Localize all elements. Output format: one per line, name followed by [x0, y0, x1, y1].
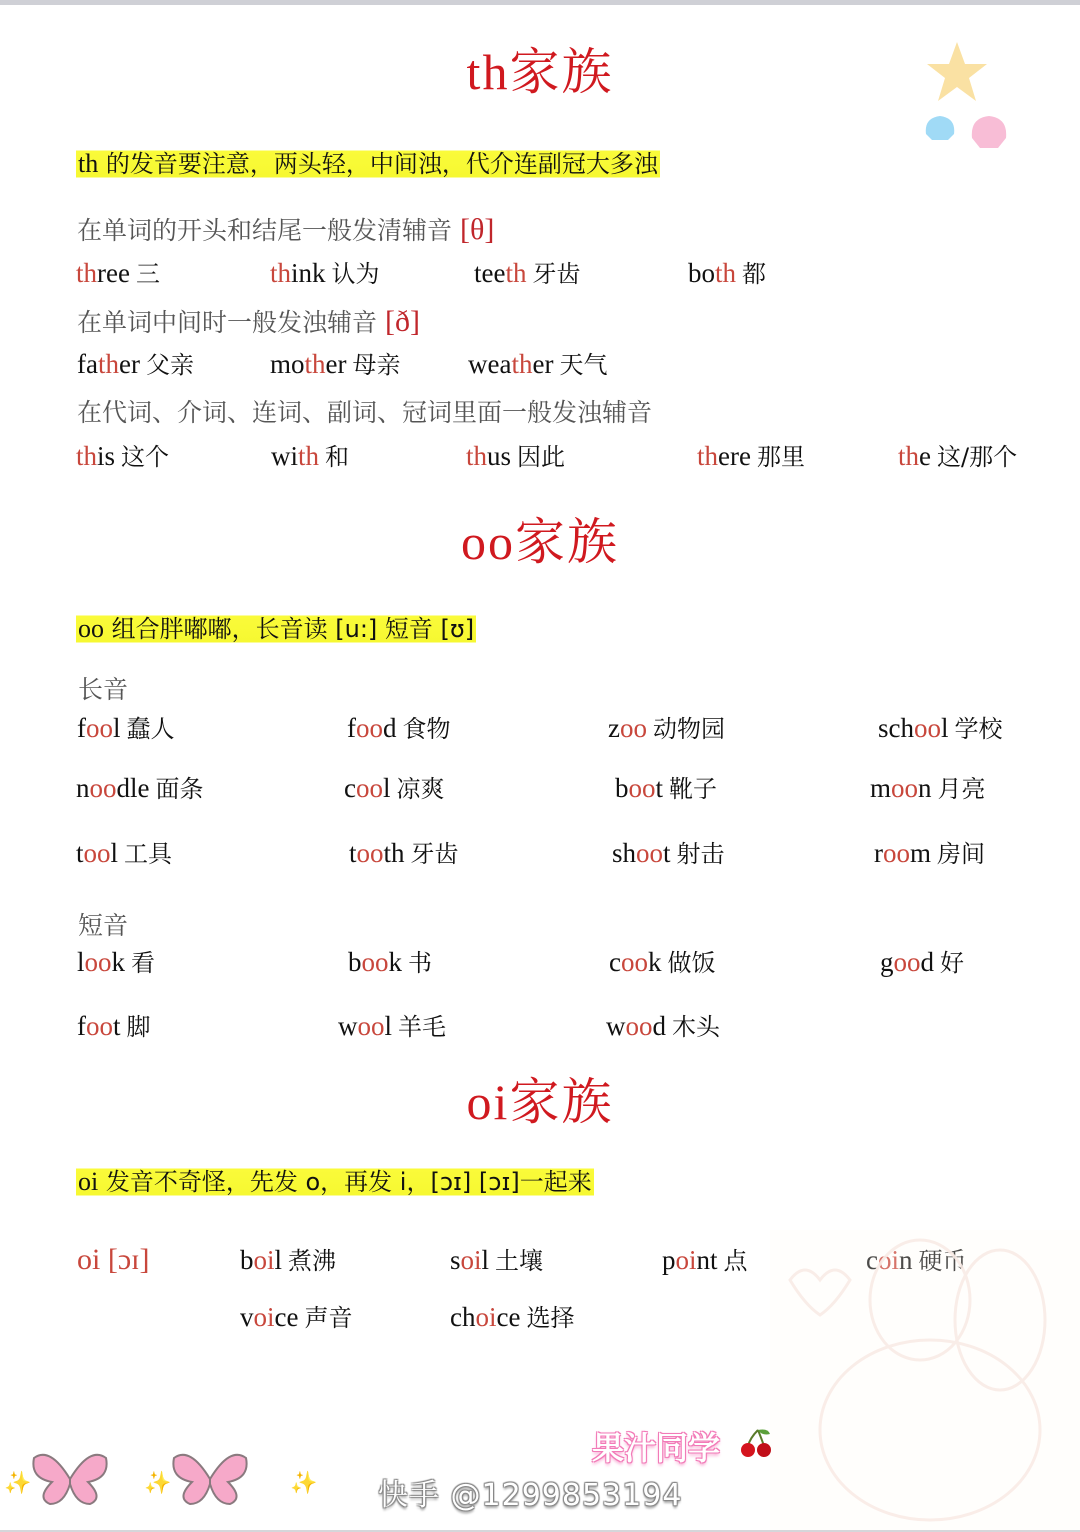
word-english: shoot: [612, 838, 671, 868]
word-english: both: [688, 258, 736, 288]
highlighted-letters: oo: [86, 713, 113, 743]
cherry-icon: [738, 1428, 774, 1458]
highlighted-letters: oo: [358, 1011, 385, 1041]
word-chinese: 木头: [672, 1013, 720, 1041]
word-english: zoo: [608, 713, 647, 743]
word-english: soil: [450, 1245, 489, 1275]
word-entry: food食物: [347, 711, 451, 746]
word-chinese: 三: [136, 260, 160, 288]
highlighted-letters: th: [697, 441, 718, 471]
word-english: thus: [466, 441, 511, 471]
word-entry: teeth牙齿: [474, 256, 581, 291]
word-chinese: 都: [742, 260, 766, 288]
highlighted-letters: oo: [891, 773, 918, 803]
label-long-vowel: 长音: [78, 672, 128, 708]
word-entry: point点: [662, 1243, 748, 1278]
word-chinese: 母亲: [353, 351, 401, 379]
word-english: book: [348, 947, 402, 977]
rule-oi: oi 发音不奇怪，先发 o，再发 i，[ɔɪ] [ɔɪ]一起来: [76, 1164, 594, 1200]
word-entry: shoot射击: [612, 836, 725, 871]
word-english: food: [347, 713, 397, 743]
word-entry: look看: [77, 945, 155, 980]
word-english: foot: [77, 1011, 121, 1041]
word-entry: thus因此: [466, 439, 565, 474]
word-entry: choice选择: [450, 1300, 574, 1335]
word-entry: moon月亮: [870, 771, 986, 806]
butterfly-icon: [170, 1452, 250, 1506]
word-english: father: [77, 349, 140, 379]
word-entry: zoo动物园: [608, 711, 725, 746]
word-english: the: [898, 441, 931, 471]
word-english: fool: [77, 713, 121, 743]
section-title-th: th家族: [0, 42, 1080, 102]
word-entry: with和: [271, 439, 349, 474]
section-title-oo: oo家族: [0, 512, 1080, 572]
highlighted-letters: th: [505, 258, 526, 288]
highlighted-letters: oo: [620, 713, 647, 743]
sparkle-icon: ✨: [4, 1470, 31, 1496]
word-english: voice: [240, 1302, 298, 1332]
highlighted-letters: th: [98, 349, 119, 379]
word-entry: foot脚: [77, 1009, 151, 1044]
word-english: choice: [450, 1302, 520, 1332]
word-english: cook: [609, 947, 661, 977]
highlighted-letters: oo: [629, 773, 656, 803]
highlighted-letters: oo: [636, 838, 663, 868]
section-title-oi: oi家族: [0, 1072, 1080, 1132]
word-english: wool: [338, 1011, 392, 1041]
word-entry: both都: [688, 256, 766, 291]
highlighted-letters: oi: [475, 1302, 496, 1332]
highlighted-letters: oo: [362, 947, 389, 977]
word-chinese: 父亲: [146, 351, 194, 379]
highlighted-letters: oo: [84, 838, 111, 868]
word-chinese: 书: [408, 949, 432, 977]
butterfly-icon: [30, 1452, 110, 1506]
word-chinese: 那里: [757, 443, 805, 471]
word-chinese: 面条: [156, 775, 204, 803]
word-chinese: 羊毛: [398, 1013, 446, 1041]
sparkle-icon: ✨: [290, 1470, 317, 1496]
oi-ipa-label: oi [ɔɪ]: [77, 1242, 149, 1278]
highlighted-letters: th: [76, 258, 97, 288]
word-entry: boot靴子: [615, 771, 717, 806]
highlighted-letters: oo: [356, 773, 383, 803]
highlighted-letters: oi: [676, 1245, 697, 1275]
word-chinese: 这/那个: [937, 443, 1017, 471]
word-english: point: [662, 1245, 718, 1275]
word-english: this: [76, 441, 115, 471]
word-english: tool: [76, 838, 118, 868]
word-english: cool: [344, 773, 391, 803]
note-voiceless: 在单词的开头和结尾一般发清辅音 [θ]: [77, 212, 494, 249]
word-chinese: 射击: [677, 840, 725, 868]
word-entry: room房间: [874, 836, 985, 871]
word-entry: fool蠢人: [77, 711, 175, 746]
highlighted-letters: th: [305, 349, 326, 379]
word-entry: soil土壤: [450, 1243, 543, 1278]
word-english: three: [76, 258, 130, 288]
note-voiced-function-words: 在代词、介词、连词、副词、冠词里面一般发浊辅音: [77, 395, 652, 431]
word-english: there: [697, 441, 751, 471]
word-entry: book书: [348, 945, 432, 980]
word-entry: father父亲: [77, 347, 194, 382]
label-short-vowel: 短音: [78, 908, 128, 944]
word-entry: wood木头: [606, 1009, 720, 1044]
word-entry: think认为: [270, 256, 380, 291]
brand-name: 果汁同学: [592, 1423, 720, 1469]
highlighted-letters: th: [466, 441, 487, 471]
word-chinese: 靴子: [669, 775, 717, 803]
highlighted-letters: oi: [461, 1245, 482, 1275]
word-chinese: 选择: [526, 1304, 574, 1332]
highlighted-letters: oo: [894, 947, 921, 977]
highlighted-letters: th: [76, 441, 97, 471]
word-entry: this这个: [76, 439, 169, 474]
word-chinese: 因此: [517, 443, 565, 471]
highlighted-letters: oo: [85, 947, 112, 977]
word-entry: mother母亲: [270, 347, 401, 382]
word-entry: noodle面条: [76, 771, 204, 806]
highlighted-letters: oo: [86, 1011, 113, 1041]
word-english: moon: [870, 773, 932, 803]
word-chinese: 声音: [304, 1304, 352, 1332]
highlighted-letters: oo: [357, 838, 384, 868]
highlighted-letters: th: [270, 258, 291, 288]
word-entry: three三: [76, 256, 160, 291]
highlighted-letters: oi: [254, 1302, 275, 1332]
sparkle-icon: ✨: [144, 1470, 171, 1496]
word-chinese: 房间: [937, 840, 985, 868]
word-chinese: 食物: [403, 715, 451, 743]
word-entry: tooth牙齿: [349, 836, 459, 871]
highlighted-letters: oo: [90, 773, 117, 803]
word-entry: weather天气: [468, 347, 607, 382]
shell-icon: [968, 112, 1010, 154]
word-entry: tool工具: [76, 836, 172, 871]
word-chinese: 和: [325, 443, 349, 471]
word-english: boil: [240, 1245, 282, 1275]
word-chinese: 好: [940, 949, 964, 977]
word-chinese: 脚: [127, 1013, 151, 1041]
word-english: noodle: [76, 773, 150, 803]
word-chinese: 月亮: [938, 775, 986, 803]
word-english: good: [880, 947, 934, 977]
bunny-illustration-icon: [770, 1230, 1080, 1530]
word-english: tooth: [349, 838, 405, 868]
rule-th: th 的发音要注意，两头轻，中间浊，代介连副冠大多浊: [76, 146, 660, 182]
word-entry: there那里: [697, 439, 805, 474]
highlighted-letters: th: [715, 258, 736, 288]
word-english: mother: [270, 349, 347, 379]
word-chinese: 凉爽: [397, 775, 445, 803]
word-english: weather: [468, 349, 553, 379]
note-voiced-middle: 在单词中间时一般发浊辅音 [ð]: [77, 304, 420, 341]
word-english: think: [270, 258, 326, 288]
watermark: 快手 @1299853194: [378, 1470, 682, 1514]
highlighted-letters: oo: [356, 713, 383, 743]
word-chinese: 点: [724, 1247, 748, 1275]
word-english: room: [874, 838, 931, 868]
highlighted-letters: th: [898, 441, 919, 471]
word-chinese: 动物园: [653, 715, 725, 743]
word-chinese: 学校: [955, 715, 1003, 743]
highlighted-letters: oi: [254, 1245, 275, 1275]
highlighted-letters: oo: [914, 713, 941, 743]
highlighted-letters: oo: [621, 947, 648, 977]
word-english: wood: [606, 1011, 666, 1041]
word-chinese: 天气: [559, 351, 607, 379]
highlighted-letters: th: [298, 441, 319, 471]
highlighted-letters: oo: [883, 838, 910, 868]
word-chinese: 看: [131, 949, 155, 977]
word-chinese: 牙齿: [533, 260, 581, 288]
top-border: [0, 0, 1080, 5]
highlighted-letters: oo: [626, 1011, 653, 1041]
word-entry: wool羊毛: [338, 1009, 446, 1044]
word-entry: the这/那个: [898, 439, 1017, 474]
rule-oo: oo 组合胖嘟嘟，长音读 [u:] 短音 [ʊ]: [76, 611, 476, 647]
word-english: teeth: [474, 258, 527, 288]
word-english: look: [77, 947, 125, 977]
highlighted-letters: th: [511, 349, 532, 379]
word-entry: boil煮沸: [240, 1243, 336, 1278]
word-chinese: 煮沸: [288, 1247, 336, 1275]
word-english: school: [878, 713, 949, 743]
shell-icon: [922, 112, 958, 144]
word-chinese: 牙齿: [411, 840, 459, 868]
word-chinese: 这个: [121, 443, 169, 471]
word-entry: cool凉爽: [344, 771, 445, 806]
word-chinese: 做饭: [667, 949, 715, 977]
word-english: boot: [615, 773, 663, 803]
word-entry: school学校: [878, 711, 1003, 746]
word-english: with: [271, 441, 319, 471]
word-entry: voice声音: [240, 1300, 352, 1335]
word-chinese: 蠢人: [127, 715, 175, 743]
word-chinese: 认为: [332, 260, 380, 288]
word-chinese: 工具: [124, 840, 172, 868]
word-entry: cook做饭: [609, 945, 715, 980]
word-chinese: 土壤: [495, 1247, 543, 1275]
word-entry: good好: [880, 945, 964, 980]
